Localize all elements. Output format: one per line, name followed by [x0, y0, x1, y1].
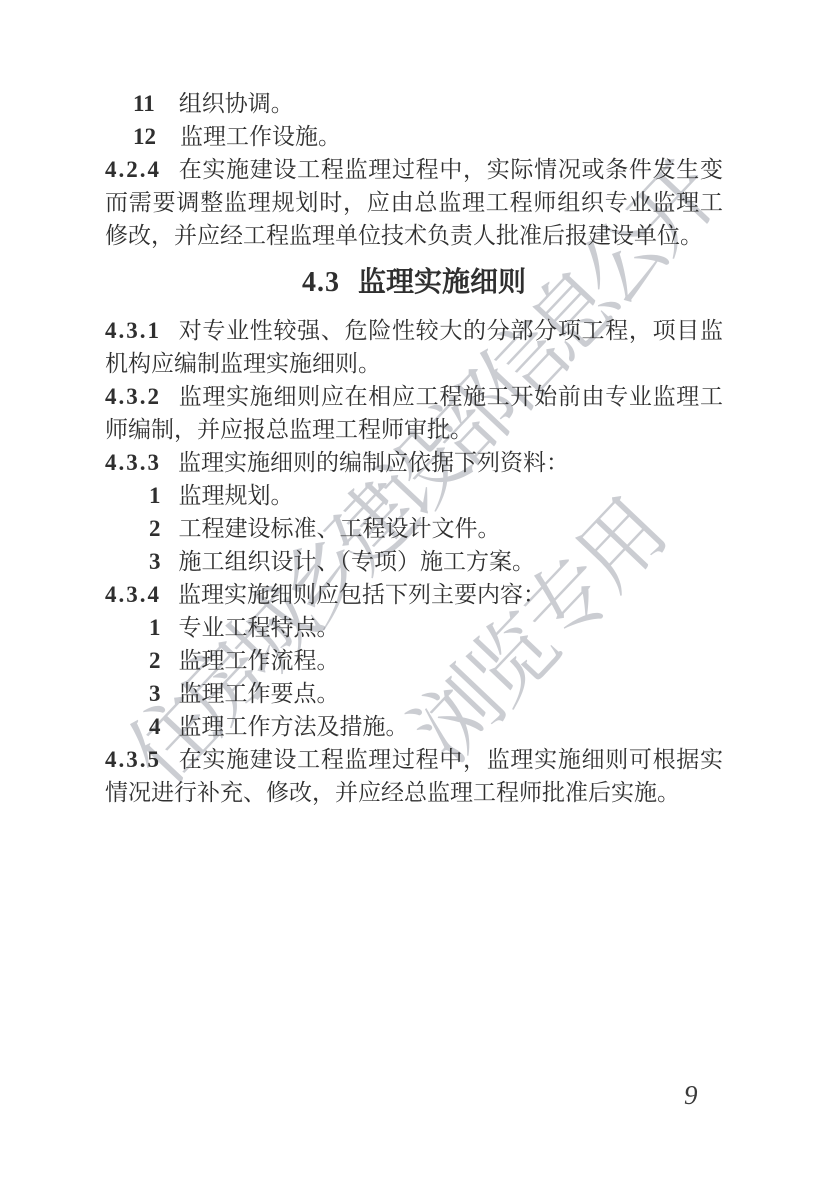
- clause-number: 4.3.5: [105, 747, 161, 772]
- item-number: 4: [149, 714, 161, 739]
- text-block-upper: 11组织协调。 12监理工作设施。 4.2.4在实施建设工程监理过程中，实际情况…: [105, 87, 723, 252]
- clause-text: 对专业性较强、危险性较大的分部分项工程，项目监理: [105, 318, 723, 347]
- list-item: 4监理工作方法及措施。: [105, 710, 723, 743]
- clause-text: 在实施建设工程监理过程中，监理实施细则可根据实际: [105, 747, 723, 776]
- item-number: 12: [133, 124, 156, 149]
- clause-text: 在实施建设工程监理过程中，实际情况或条件发生变化: [105, 157, 723, 186]
- clause-4-2-4-line1: 4.2.4在实施建设工程监理过程中，实际情况或条件发生变化: [105, 153, 723, 186]
- section-heading: 4.3监理实施细则: [105, 266, 723, 302]
- item-text: 工程建设标准、工程设计文件。: [179, 516, 501, 541]
- clause-text: 修改，并应经工程监理单位技术负责人批准后报建设单位。: [105, 223, 703, 248]
- list-item: 3监理工作要点。: [105, 677, 723, 710]
- clause-number: 4.3.2: [105, 384, 161, 409]
- item-text: 监理规划。: [179, 483, 294, 508]
- clause-4-2-4-line3: 修改，并应经工程监理单位技术负责人批准后报建设单位。: [105, 219, 723, 252]
- document-page: 住房城乡建设部信息公开 浏览专用 11组织协调。 12监理工作设施。 4.2.4…: [0, 0, 828, 1198]
- clause-4-3-1-line2: 机构应编制监理实施细则。: [105, 347, 723, 380]
- item-text: 监理工作方法及措施。: [179, 714, 409, 739]
- clause-4-3-1-line1: 4.3.1对专业性较强、危险性较大的分部分项工程，项目监理: [105, 314, 723, 347]
- clause-4-3-3: 4.3.3监理实施细则的编制应依据下列资料：: [105, 446, 723, 479]
- clause-4-3-2-line1: 4.3.2监理实施细则应在相应工程施工开始前由专业监理工程: [105, 380, 723, 413]
- item-number: 2: [149, 648, 161, 673]
- clause-4-3-5-line1: 4.3.5在实施建设工程监理过程中，监理实施细则可根据实际: [105, 743, 723, 776]
- item-number: 1: [149, 483, 161, 508]
- list-item-12: 12监理工作设施。: [105, 120, 723, 153]
- list-item-11: 11组织协调。: [105, 87, 723, 120]
- item-number: 1: [149, 615, 161, 640]
- list-item: 2工程建设标准、工程设计文件。: [105, 512, 723, 545]
- clause-number: 4.3.4: [105, 582, 161, 607]
- section-number: 4.3: [302, 267, 340, 298]
- clause-number: 4.3.3: [105, 450, 161, 475]
- item-number: 3: [149, 681, 161, 706]
- page-number: 9: [684, 1080, 698, 1111]
- clause-4-3-5-line2: 情况进行补充、修改，并应经总监理工程师批准后实施。: [105, 776, 723, 809]
- clause-text: 机构应编制监理实施细则。: [105, 351, 381, 376]
- item-text: 组织协调。: [179, 91, 294, 116]
- item-text: 监理工作要点。: [179, 681, 340, 706]
- clause-text: 师编制，并应报总监理工程师审批。: [105, 417, 473, 442]
- text-block-lower: 4.3.1对专业性较强、危险性较大的分部分项工程，项目监理 机构应编制监理实施细…: [105, 314, 723, 809]
- item-text: 监理工作设施。: [180, 124, 341, 149]
- list-item: 1专业工程特点。: [105, 611, 723, 644]
- clause-text: 而需要调整监理规划时，应由总监理工程师组织专业监理工程师: [105, 190, 723, 219]
- item-text: 监理工作流程。: [179, 648, 340, 673]
- clause-text: 监理实施细则的编制应依据下列资料：: [178, 450, 569, 475]
- clause-number: 4.2.4: [105, 157, 161, 182]
- clause-4-3-2-line2: 师编制，并应报总监理工程师审批。: [105, 413, 723, 446]
- list-item: 2监理工作流程。: [105, 644, 723, 677]
- item-number: 11: [133, 91, 155, 116]
- section-title: 监理实施细则: [358, 267, 526, 298]
- clause-text: 监理实施细则应在相应工程施工开始前由专业监理工程: [105, 384, 723, 413]
- item-number: 3: [149, 549, 161, 574]
- item-number: 2: [149, 516, 161, 541]
- clause-text: 监理实施细则应包括下列主要内容：: [178, 582, 546, 607]
- clause-text: 情况进行补充、修改，并应经总监理工程师批准后实施。: [105, 780, 680, 805]
- clause-4-2-4-line2: 而需要调整监理规划时，应由总监理工程师组织专业监理工程师: [105, 186, 723, 219]
- list-item: 1监理规划。: [105, 479, 723, 512]
- list-item: 3施工组织设计、（专项）施工方案。: [105, 545, 723, 578]
- item-text: 施工组织设计、（专项）施工方案。: [179, 549, 536, 574]
- clause-4-3-4: 4.3.4监理实施细则应包括下列主要内容：: [105, 578, 723, 611]
- item-text: 专业工程特点。: [179, 615, 340, 640]
- clause-number: 4.3.1: [105, 318, 161, 343]
